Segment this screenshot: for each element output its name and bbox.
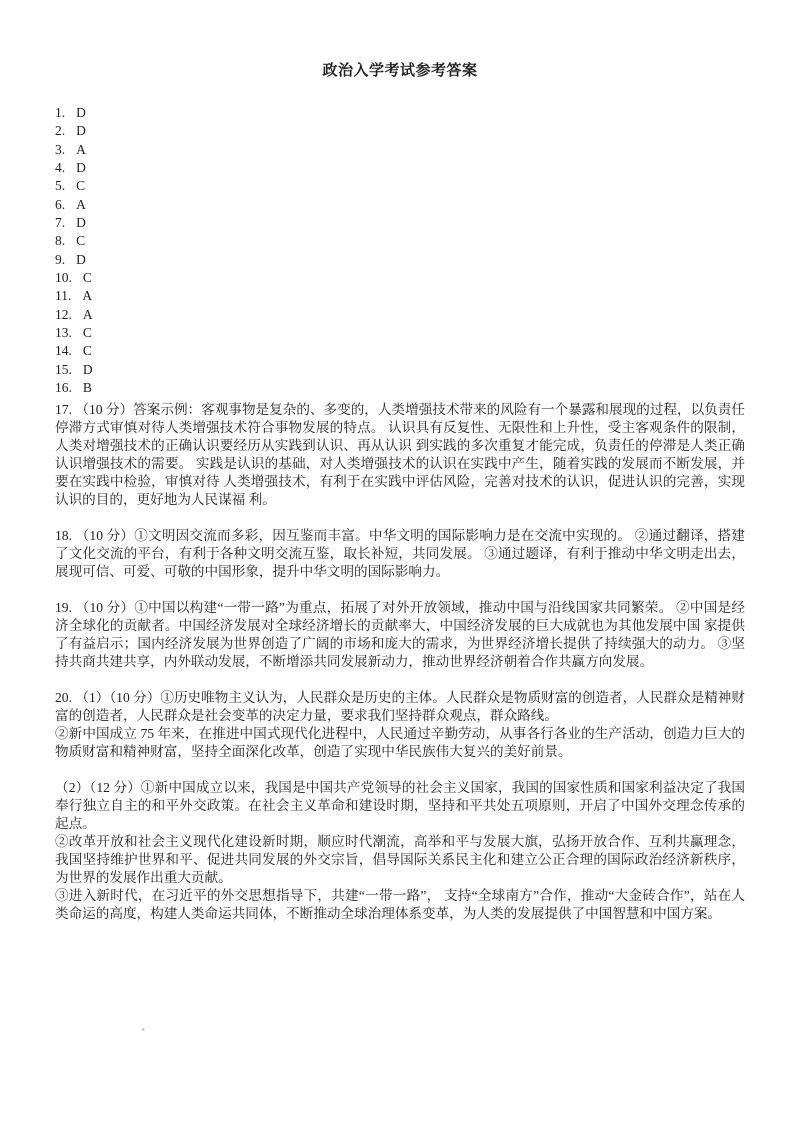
question-number: 11. [55, 287, 71, 305]
answer-key-item: 10.C [55, 269, 745, 287]
question-number: 10. [55, 269, 72, 287]
answer-choice: A [76, 142, 86, 157]
answer-key-item: 6.A [55, 196, 745, 214]
page-title: 政治入学考试参考答案 [55, 61, 745, 81]
answer-choice: C [83, 343, 92, 358]
answer-paragraph: 18. （10 分）①文明因交流而多彩，因互鉴而丰富。中华文明的国际影响力是在交… [55, 527, 745, 581]
question-number: 3. [55, 141, 65, 159]
answer-key-item: 5.C [55, 177, 745, 195]
question-18-answer: 18. （10 分）①文明因交流而多彩，因互鉴而丰富。中华文明的国际影响力是在交… [55, 527, 745, 581]
answer-key-item: 15.D [55, 361, 745, 379]
answer-paragraph: 17. （10 分）答案示例：客观事物是复杂的、多变的，人类增强技术带来的风险有… [55, 401, 745, 509]
answer-key-item: 8.C [55, 232, 745, 250]
answer-key-item: 1.D [55, 104, 745, 122]
answer-key-item: 16.B [55, 379, 745, 397]
scan-artifact [141, 1028, 144, 1032]
answer-paragraph: ③进入新时代，在习近平的外交思想指导下，共建“一带一路”， 支持“全球南方”合作… [55, 887, 745, 923]
answer-paragraph: 19. （10 分）①中国以构建“一带一路”为重点，拓展了对外开放领域，推动中国… [55, 599, 745, 671]
question-number: 2. [55, 122, 65, 140]
answer-choice: A [82, 288, 92, 303]
answer-key-item: 2.D [55, 122, 745, 140]
question-number: 15. [55, 361, 72, 379]
question-number: 7. [55, 214, 65, 232]
answer-key-item: 12.A [55, 306, 745, 324]
answer-choice: D [76, 252, 86, 267]
question-number: 8. [55, 232, 65, 250]
question-number: 1. [55, 104, 65, 122]
answer-choice: D [76, 160, 86, 175]
answer-paragraph: （2）（12 分）①新中国成立以来，我国是中国共产党领导的社会主义国家，我国的国… [55, 779, 745, 833]
question-19-answer: 19. （10 分）①中国以构建“一带一路”为重点，拓展了对外开放领域，推动中国… [55, 599, 745, 671]
answer-key-item: 11.A [55, 287, 745, 305]
question-17-answer: 17. （10 分）答案示例：客观事物是复杂的、多变的，人类增强技术带来的风险有… [55, 401, 745, 509]
question-number: 14. [55, 342, 72, 360]
answer-choice: A [76, 197, 86, 212]
answer-choice: C [76, 233, 85, 248]
answer-choice: D [76, 215, 86, 230]
question-number: 5. [55, 177, 65, 195]
answer-key-item: 9.D [55, 251, 745, 269]
answer-key-list: 1.D 2.D 3.A 4.D 5.C 6.A 7.D [55, 104, 745, 398]
question-20-part1-answer: 20. （1）（10 分）①历史唯物主义认为，人民群众是历史的主体。人民群众是物… [55, 689, 745, 761]
answer-choice: D [76, 123, 86, 138]
answer-choice: C [83, 270, 92, 285]
question-number: 9. [55, 251, 65, 269]
question-number: 6. [55, 196, 65, 214]
question-number: 12. [55, 306, 72, 324]
answer-paragraph: 20. （1）（10 分）①历史唯物主义认为，人民群众是历史的主体。人民群众是物… [55, 689, 745, 725]
answer-paragraph: ②改革开放和社会主义现代化建设新时期，顺应时代潮流，高举和平与发展大旗，弘扬开放… [55, 833, 745, 887]
question-number: 4. [55, 159, 65, 177]
answer-key-item: 14.C [55, 342, 745, 360]
answer-key-item: 3.A [55, 141, 745, 159]
question-20-part2-answer: （2）（12 分）①新中国成立以来，我国是中国共产党领导的社会主义国家，我国的国… [55, 779, 745, 923]
question-number: 16. [55, 379, 72, 397]
answer-key-item: 13.C [55, 324, 745, 342]
answer-choice: C [76, 178, 85, 193]
answer-key-item: 4.D [55, 159, 745, 177]
answer-choice: D [76, 105, 86, 120]
answer-key-item: 7.D [55, 214, 745, 232]
answer-choice: C [83, 325, 92, 340]
answer-choice: D [83, 362, 93, 377]
document-page: 政治入学考试参考答案 1.D 2.D 3.A 4.D 5.C 6.A [0, 0, 794, 1123]
answer-choice: B [83, 380, 92, 395]
question-number: 13. [55, 324, 72, 342]
answer-paragraph: ②新中国成立 75 年来，在推进中国式现代化进程中，人民通过辛勤劳动，从事各行各… [55, 725, 745, 761]
answer-choice: A [83, 307, 93, 322]
